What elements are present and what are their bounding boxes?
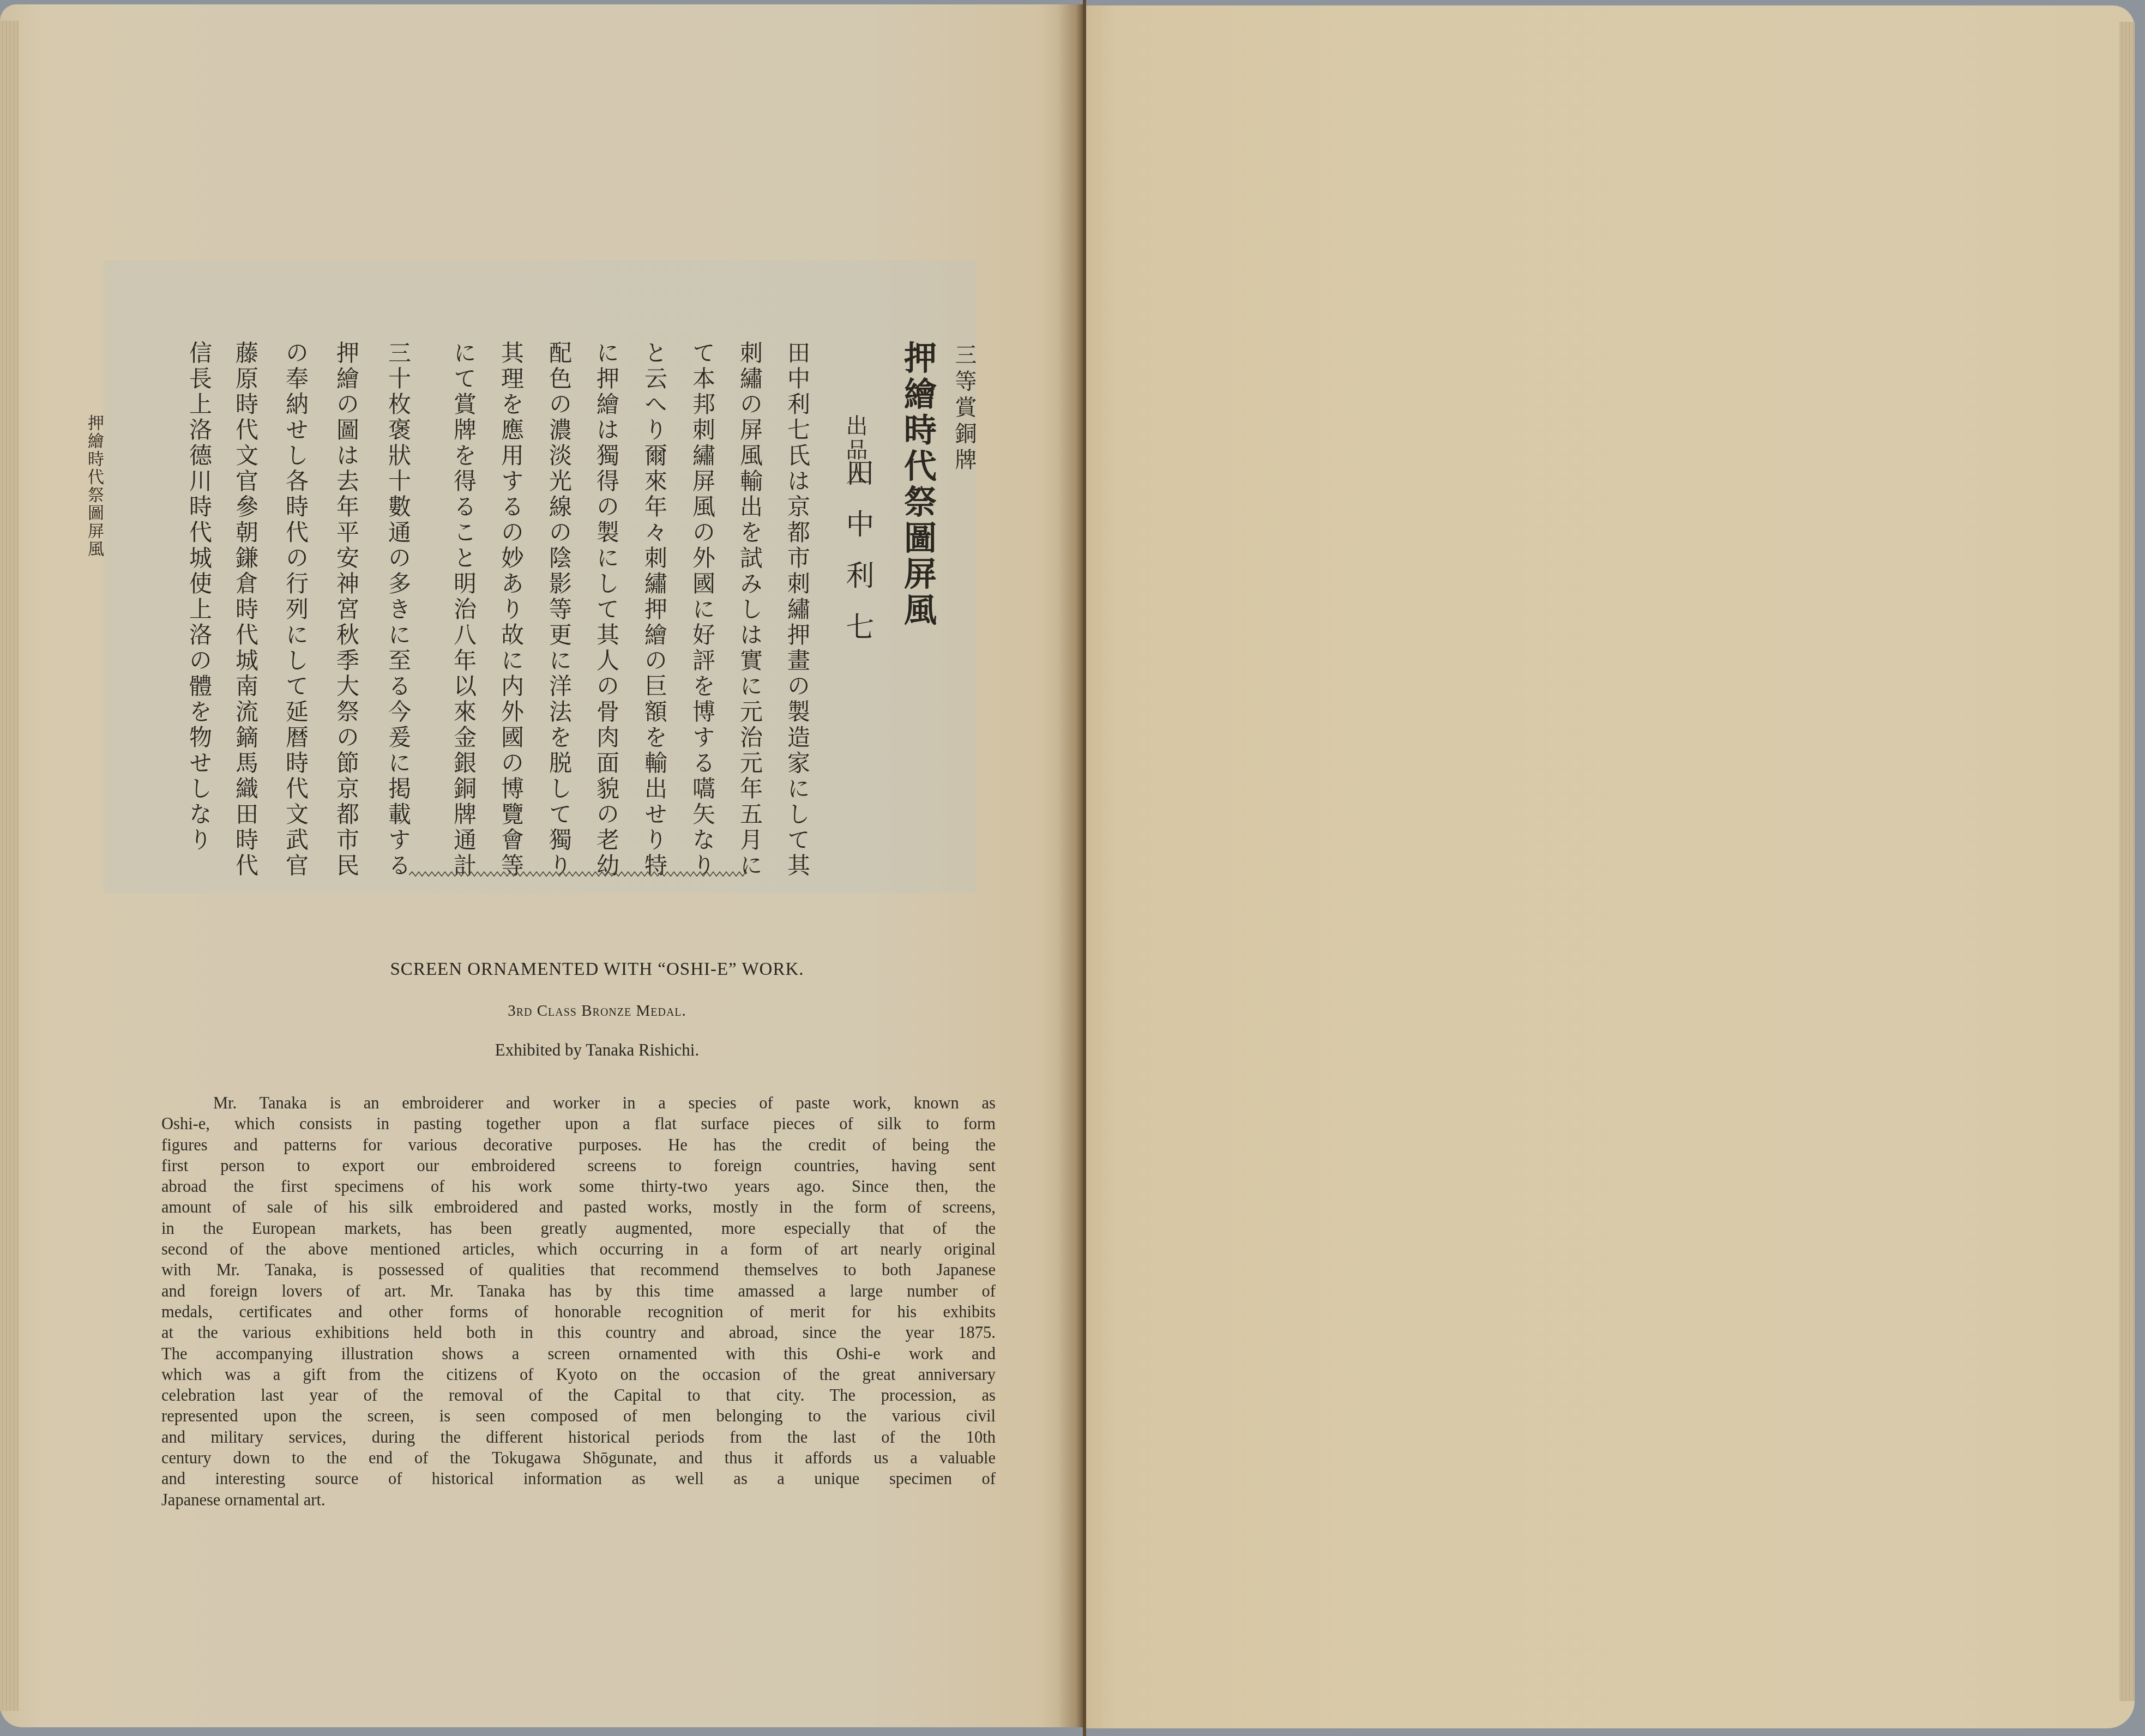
jp-body-column: 刺繡の屏風輸出を試みしは實に元治元年五月に — [733, 341, 766, 879]
book-spread: 押繪時代祭圖屏風 三等賞銅牌 押繪時代祭圖屏風 出品人 田中利七 田中利七氏は京… — [0, 0, 2145, 1736]
english-medal-class: 3rd Class Bronze Medal. — [294, 1002, 900, 1020]
body-line: in the European markets, has been greatl… — [161, 1218, 996, 1239]
jp-body-column: 其理を應用するの妙あり故に内外國の博覽會等 — [495, 341, 527, 879]
body-line: and military services, during the differ… — [161, 1427, 996, 1448]
jp-body-column: 押繪の圖は去年平安神宮秋季大祭の節京都市民 — [330, 341, 363, 879]
body-line: Japanese ornamental art. — [161, 1490, 996, 1510]
running-side-title-jp: 押繪時代祭圖屏風 — [82, 414, 106, 558]
body-line: Mr. Tanaka is an embroiderer and worker … — [161, 1093, 996, 1113]
jp-body-column: 藤原時代文官參朝鎌倉時代城南流鏑馬織田時代 — [229, 341, 262, 879]
exhibitor-name-jp: 田中利七 — [837, 458, 878, 663]
english-body-paragraph: Mr. Tanaka is an embroiderer and worker … — [161, 1093, 996, 1510]
wavy-divider — [409, 870, 747, 881]
body-line: with Mr. Tanaka, is possessed of qualiti… — [161, 1259, 996, 1280]
jp-body-column: にて賞牌を得ること明治八年以來金銀銅牌通計 — [447, 341, 480, 879]
title-jp: 押繪時代祭圖屏風 — [894, 341, 941, 629]
jp-body-column: 配色の濃淡光線の陰影等更に洋法を脱して獨り — [543, 341, 575, 879]
award-label-jp: 三等賞銅牌 — [949, 343, 980, 474]
body-line: represented upon the screen, is seen com… — [161, 1406, 996, 1426]
body-line: and foreign lovers of art. Mr. Tanaka ha… — [161, 1281, 996, 1301]
body-line: and interesting source of historical inf… — [161, 1468, 996, 1489]
body-line: medals, certificates and other forms of … — [161, 1301, 996, 1322]
body-line: Oshi-e, which consists in pasting togeth… — [161, 1113, 996, 1134]
english-title: SCREEN ORNAMENTED WITH “OSHI-E” WORK. — [294, 960, 900, 980]
page-edge-stack-right — [2119, 22, 2135, 1701]
jp-body-column: 三十枚褒狀十數通の多きに至る今爰に掲載する — [382, 341, 414, 879]
body-line: which was a gift from the citizens of Ky… — [161, 1364, 996, 1385]
body-line: century down to the end of the Tokugawa … — [161, 1448, 996, 1468]
body-line: The accompanying illustration shows a sc… — [161, 1343, 996, 1364]
jp-body-column: の奉納せし各時代の行列にして延暦時代文武官 — [279, 341, 312, 879]
body-line: celebration last year of the removal of … — [161, 1385, 996, 1406]
gutter-shadow — [1058, 4, 1084, 1727]
jp-body-column: に押繪は獨得の製にして其人の骨肉面貌の老幼 — [590, 341, 623, 879]
body-line: at the various exhibitions held both in … — [161, 1322, 996, 1343]
english-exhibited-by: Exhibited by Tanaka Rishichi. — [294, 1040, 900, 1060]
body-line: amount of sale of his silk embroidered a… — [161, 1197, 996, 1217]
body-line: second of the above mentioned articles, … — [161, 1239, 996, 1259]
jp-body-column: て本邦刺繡屏風の外國に好評を博する嚆矢なり — [686, 341, 719, 879]
jp-body-column: 田中利七氏は京都市刺繡押畫の製造家にして其 — [781, 341, 814, 879]
page-edge-stack — [0, 21, 19, 1711]
body-line: first person to export our embroidered s… — [161, 1155, 996, 1176]
jp-body-column: 信長上洛德川時代城使上洛の體を物せしなり — [183, 341, 215, 853]
jp-body-column: と云へり爾來年々刺繡押繪の巨額を輸出せり特 — [638, 341, 671, 879]
body-line: figures and patterns for various decorat… — [161, 1135, 996, 1155]
book-gutter — [1083, 0, 1086, 1736]
right-page-blank — [1085, 5, 2135, 1728]
body-line: abroad the first specimens of his work s… — [161, 1176, 996, 1197]
